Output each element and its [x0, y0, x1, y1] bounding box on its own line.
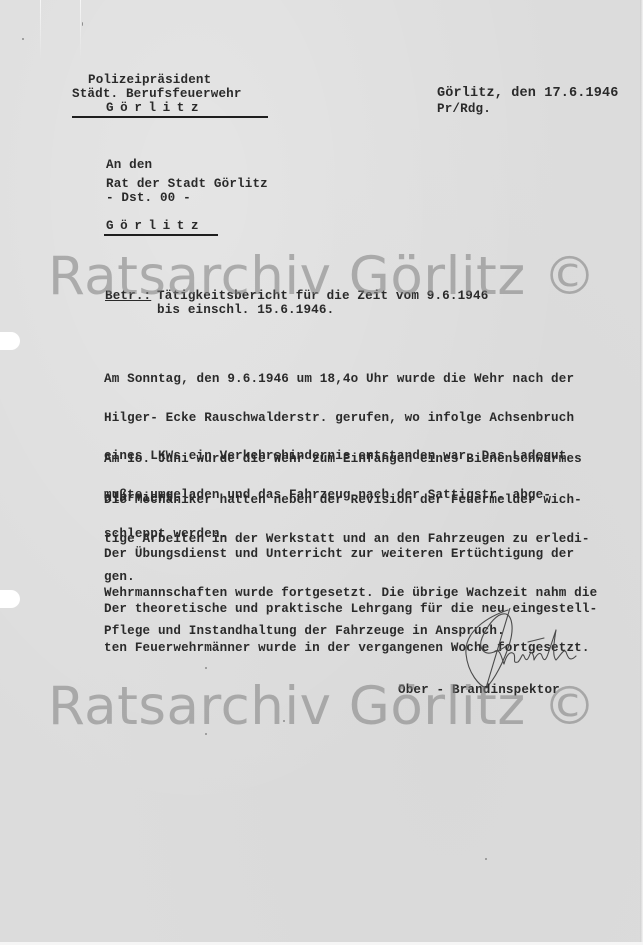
signatory-title: Ober - Brandinspektor: [398, 684, 560, 697]
subject-label: Betr.:: [105, 290, 151, 303]
subject-line-2: bis einschl. 15.6.1946.: [157, 304, 334, 317]
recipient-line-1: An den: [106, 159, 152, 172]
recipient-line-2: Rat der Stadt Görlitz: [106, 178, 268, 191]
paper-crease: [40, 0, 41, 60]
paper-speck: [485, 858, 487, 860]
paper-speck: [283, 720, 285, 722]
punch-hole: [0, 590, 20, 608]
paragraph-line: Hilger- Ecke Rauschwalderstr. gerufen, w…: [104, 412, 574, 425]
paper-speck: [205, 733, 207, 735]
paragraph-line: Am Sonntag, den 9.6.1946 um 18,4o Uhr wu…: [104, 373, 574, 386]
recipient-line-4: Görlitz: [106, 220, 205, 233]
recipient-underline: [104, 234, 218, 236]
paper-crease: [80, 0, 81, 60]
punch-hole: [0, 332, 20, 350]
paragraph-line: Die Mechaniker hatten neben der Revision…: [104, 494, 590, 507]
reference-code: Pr/Rdg.: [437, 103, 491, 116]
handwritten-signature: [460, 608, 600, 690]
sender-line-1: Polizeipräsident: [88, 74, 211, 87]
scanned-letter-page: Polizeipräsident Städt. Berufsfeuerwehr …: [0, 0, 643, 945]
subject-line-1: Tätigkeitsbericht für die Zeit vom 9.6.1…: [157, 290, 488, 303]
sender-line-3: Görlitz: [106, 102, 205, 115]
paper-speck: [82, 22, 83, 26]
paragraph-line: Am 1o. Juni wurde die Wehr zum Einfangen…: [104, 453, 582, 466]
sender-line-2: Städt. Berufsfeuerwehr: [72, 88, 242, 101]
paragraph-line: Der Übungsdienst und Unterricht zur weit…: [104, 548, 597, 561]
sender-underline: [72, 116, 268, 118]
paper-speck: [22, 38, 24, 40]
recipient-line-3: - Dst. 00 -: [106, 192, 191, 205]
place-date: Görlitz, den 17.6.1946: [437, 87, 619, 100]
